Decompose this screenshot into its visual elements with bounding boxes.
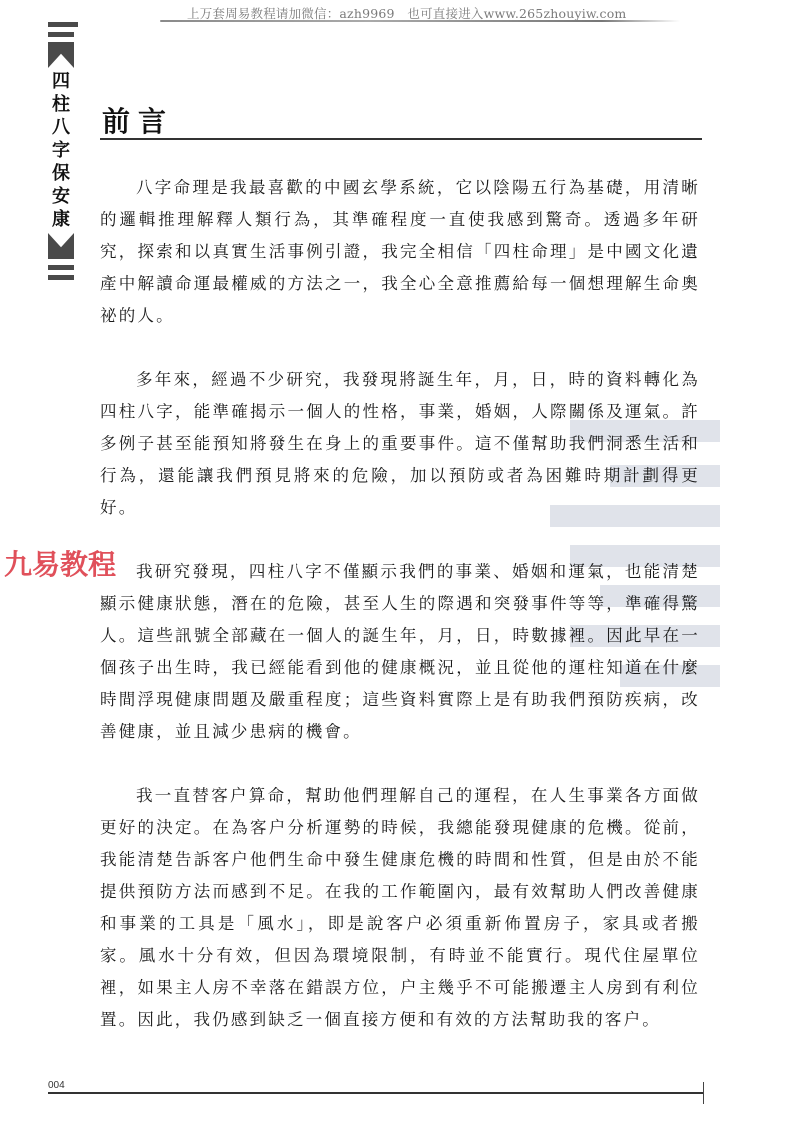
title-divider <box>100 138 702 140</box>
sidebar-book-title: 四 柱 八 字 保 安 康 <box>48 70 74 231</box>
sidebar-book-tag: 四 柱 八 字 保 安 康 <box>48 22 74 285</box>
book-title-char: 柱 <box>48 93 74 116</box>
body-content: 八字命理是我最喜歡的中國玄學系統，它以陰陽五行為基礎，用清晰的邏輯推理解釋人類行… <box>100 172 700 1036</box>
book-title-char: 安 <box>48 185 74 208</box>
book-title-char: 康 <box>48 208 74 231</box>
book-title-char: 四 <box>48 70 74 93</box>
paragraph-2: 多年來，經過不少研究，我發現將誕生年，月，日，時的資料轉化為四柱八字，能準確揭示… <box>100 364 700 524</box>
page-title: 前言 <box>102 100 174 140</box>
book-title-char: 字 <box>48 139 74 162</box>
paragraph-4: 我一直替客户算命，幫助他們理解自己的運程，在人生事業各方面做更好的決定。在為客户… <box>100 780 700 1036</box>
chevron-down-icon <box>48 42 74 68</box>
sidebar-top-bar-2 <box>48 32 74 37</box>
red-watermark-logo: 九易教程 <box>4 543 118 583</box>
book-title-char: 八 <box>48 116 74 139</box>
book-title-char: 保 <box>48 162 74 185</box>
sidebar-top-bar-1 <box>48 22 78 27</box>
sidebar-bottom-bar-1 <box>48 265 74 270</box>
paragraph-3: 我研究發現，四柱八字不僅顯示我們的事業、婚姻和運氣，也能清楚顯示健康狀態，潛在的… <box>100 556 700 748</box>
paragraph-1: 八字命理是我最喜歡的中國玄學系統，它以陰陽五行為基礎，用清晰的邏輯推理解釋人類行… <box>100 172 700 332</box>
chevron-up-icon <box>48 233 74 259</box>
footer-divider <box>48 1092 703 1094</box>
top-banner-underline <box>160 20 680 22</box>
page-number: 004 <box>48 1080 65 1091</box>
sidebar-bottom-bar-2 <box>48 275 74 280</box>
footer-tick-mark <box>703 1082 704 1104</box>
